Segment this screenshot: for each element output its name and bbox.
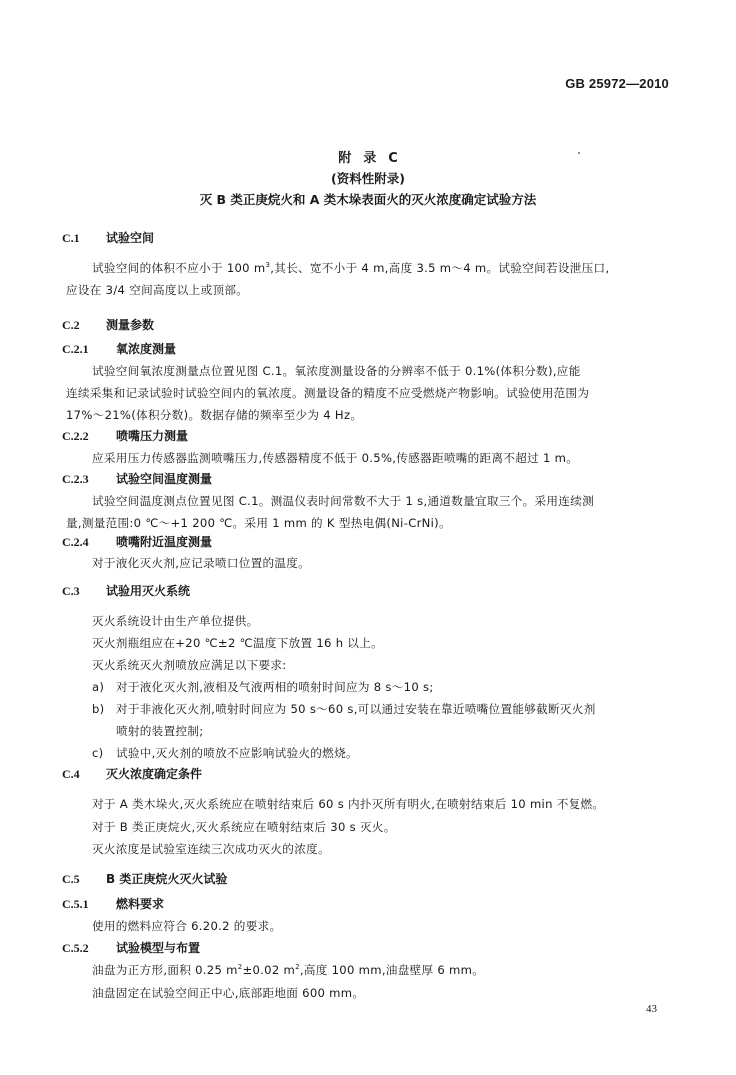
section-number: C.2.1	[62, 342, 116, 356]
list-text: 对于非液化灭火剂,喷射时间应为 50 s～60 s,可以通过安装在靠近喷嘴位置能…	[116, 702, 596, 716]
list-text: 对于液化灭火剂,液相及气液两相的喷射时间应为 8 s～10 s;	[116, 680, 434, 694]
section-number: C.3	[62, 584, 106, 598]
annex-letter: C	[388, 151, 398, 166]
section-heading-c51: C.5.1燃料要求	[62, 897, 164, 911]
annex-main-title: 灭 B 类正庚烷火和 A 类木垛表面火的灭火浓度确定试验方法	[0, 190, 736, 208]
document-page: GB 25972—2010 附录C (资料性附录) 灭 B 类正庚烷火和 A 类…	[0, 0, 736, 1075]
standard-code: GB 25972—2010	[565, 76, 669, 91]
section-heading-c52: C.5.2试验模型与布置	[62, 941, 200, 955]
paragraph-line: 对于 B 类正庚烷火,灭火系统应在喷射结束后 30 s 灭火。	[92, 820, 396, 834]
section-title: 试验空间	[106, 231, 154, 245]
paragraph-line: 灭火浓度是试验室连续三次成功灭火的浓度。	[92, 842, 330, 856]
paragraph-line: 油盘固定在试验空间正中心,底部距地面 600 mm。	[92, 986, 364, 1000]
section-title: 喷嘴附近温度测量	[116, 535, 212, 549]
section-title: 氧浓度测量	[116, 342, 176, 356]
paragraph-line: 灭火剂瓶组应在+20 ℃±2 ℃温度下放置 16 h 以上。	[92, 636, 383, 650]
section-heading-c23: C.2.3试验空间温度测量	[62, 472, 212, 486]
text-run: ±0.02 m	[242, 963, 295, 977]
section-title: 试验空间温度测量	[116, 472, 212, 486]
list-marker: a)	[92, 680, 116, 694]
list-item: c)试验中,灭火剂的喷放不应影响试验火的燃烧。	[92, 746, 358, 760]
section-title: 试验用灭火系统	[106, 584, 190, 598]
section-title: 灭火浓度确定条件	[106, 767, 202, 781]
list-marker: b)	[92, 702, 116, 716]
text-run: ,其长、宽不小于 4 m,高度 3.5 m～4 m。试验空间若设泄压口,	[270, 261, 609, 275]
text-run: ,高度 100 mm,油盘壁厚 6 mm。	[300, 963, 484, 977]
section-title: 试验模型与布置	[116, 941, 200, 955]
annex-heading: 附录C	[0, 147, 736, 166]
list-item: a)对于液化灭火剂,液相及气液两相的喷射时间应为 8 s～10 s;	[92, 680, 434, 694]
paragraph-line: 应设在 3/4 空间高度以上或顶部。	[66, 283, 248, 297]
section-heading-c3: C.3试验用灭火系统	[62, 584, 190, 598]
paragraph-line: 连续采集和记录试验时试验空间内的氧浓度。测量设备的精度不应受燃烧产物影响。试验使…	[66, 386, 589, 400]
annex-word-1: 附	[338, 151, 351, 166]
list-text: 试验中,灭火剂的喷放不应影响试验火的燃烧。	[116, 746, 358, 760]
section-number: C.5	[62, 872, 106, 886]
paragraph-line: 试验空间的体积不应小于 100 m3,其长、宽不小于 4 m,高度 3.5 m～…	[92, 261, 609, 275]
paragraph-line: 试验空间氧浓度测量点位置见图 C.1。氧浓度测量设备的分辨率不低于 0.1%(体…	[92, 364, 581, 378]
annex-word-2: 录	[363, 151, 376, 166]
section-number: C.2.4	[62, 535, 116, 549]
paragraph-line: 应采用压力传感器监测喷嘴压力,传感器精度不低于 0.5%,传感器距喷嘴的距离不超…	[92, 451, 578, 465]
page-number: 43	[646, 1003, 657, 1015]
text-run: 试验空间的体积不应小于 100 m	[92, 261, 265, 275]
paragraph-line: 17%～21%(体积分数)。数据存储的频率至少为 4 Hz。	[66, 408, 362, 422]
section-number: C.2.3	[62, 472, 116, 486]
list-marker: c)	[92, 746, 116, 760]
list-item-continuation: 喷射的装置控制;	[116, 724, 203, 738]
section-title: 测量参数	[106, 318, 154, 332]
paragraph-line: 灭火系统设计由生产单位提供。	[92, 614, 259, 628]
paragraph-line: 油盘为正方形,面积 0.25 m2±0.02 m2,高度 100 mm,油盘壁厚…	[92, 963, 484, 977]
paragraph-line: 灭火系统灭火剂喷放应满足以下要求:	[92, 658, 287, 672]
section-number: C.1	[62, 231, 106, 245]
section-heading-c4: C.4灭火浓度确定条件	[62, 767, 202, 781]
scan-artifact-dot	[578, 152, 580, 154]
section-title: 喷嘴压力测量	[116, 429, 188, 443]
paragraph-line: 试验空间温度测点位置见图 C.1。测温仪表时间常数不大于 1 s,通道数量宜取三…	[92, 494, 594, 508]
paragraph-line: 量,测量范围:0 ℃～+1 200 ℃。采用 1 mm 的 K 型热电偶(Ni-…	[66, 516, 451, 530]
section-heading-c5: C.5B 类正庚烷火灭火试验	[62, 872, 227, 886]
paragraph-line: 对于 A 类木垛火,灭火系统应在喷射结束后 60 s 内扑灭所有明火,在喷射结束…	[92, 797, 604, 811]
section-number: C.5.2	[62, 941, 116, 955]
section-title: B 类正庚烷火灭火试验	[106, 872, 227, 886]
annex-type: (资料性附录)	[0, 169, 736, 187]
list-item: b)对于非液化灭火剂,喷射时间应为 50 s～60 s,可以通过安装在靠近喷嘴位…	[92, 702, 596, 716]
section-heading-c1: C.1试验空间	[62, 231, 154, 245]
section-heading-c24: C.2.4喷嘴附近温度测量	[62, 535, 212, 549]
section-title: 燃料要求	[116, 897, 164, 911]
section-number: C.5.1	[62, 897, 116, 911]
paragraph-line: 对于液化灭火剂,应记录喷口位置的温度。	[92, 556, 310, 570]
paragraph-line: 使用的燃料应符合 6.20.2 的要求。	[92, 919, 281, 933]
text-run: 油盘为正方形,面积 0.25 m	[92, 963, 238, 977]
section-heading-c21: C.2.1氧浓度测量	[62, 342, 176, 356]
section-number: C.4	[62, 767, 106, 781]
section-heading-c22: C.2.2喷嘴压力测量	[62, 429, 188, 443]
section-heading-c2: C.2测量参数	[62, 318, 154, 332]
section-number: C.2	[62, 318, 106, 332]
section-number: C.2.2	[62, 429, 116, 443]
